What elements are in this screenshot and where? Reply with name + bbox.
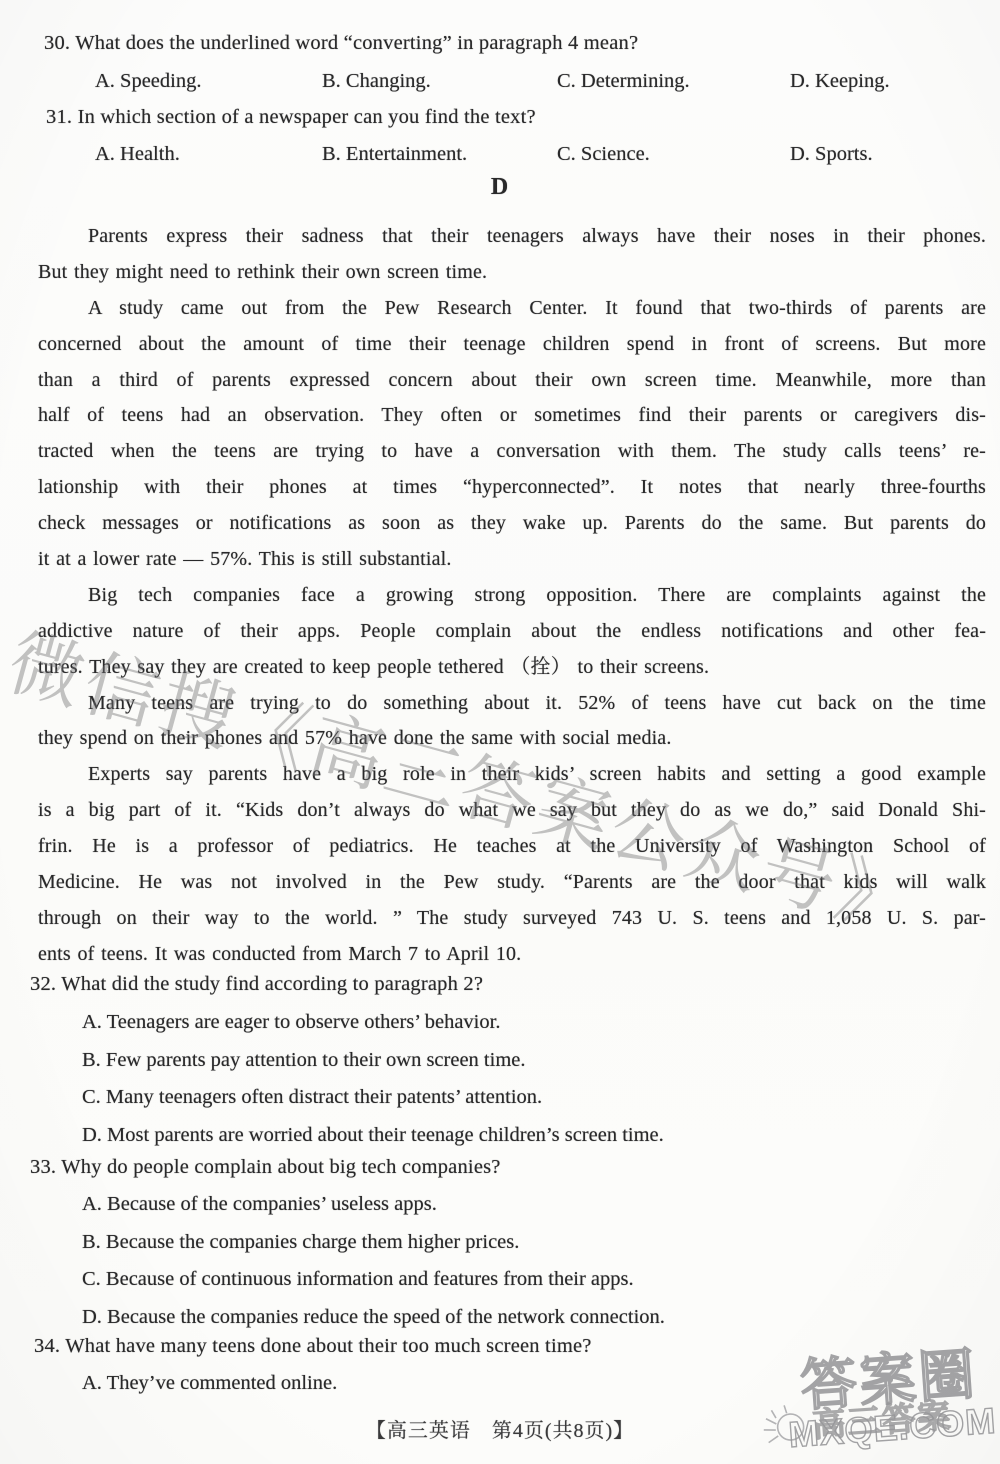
passage-line: frin. He is a professor of pediatrics. H… xyxy=(38,829,986,865)
question-32-number: 32. xyxy=(30,973,56,995)
passage-line: Parents express their sadness that their… xyxy=(38,219,986,255)
q31-option-b: B. Entertainment. xyxy=(322,143,467,166)
question-34-text: What have many teens done about their to… xyxy=(65,1335,591,1357)
passage-line: tures. They say they are created to keep… xyxy=(38,650,986,686)
passage-line: concerned about the amount of time their… xyxy=(38,327,986,363)
question-30-number: 30. xyxy=(44,32,70,54)
q32-option-b: B. Few parents pay attention to their ow… xyxy=(82,1049,525,1072)
q32-option-a: A. Teenagers are eager to observe others… xyxy=(82,1011,500,1034)
question-31: 31. In which section of a newspaper can … xyxy=(46,106,536,129)
page-footer-label: 【高三英语 第4页(共8页)】 xyxy=(0,1414,1000,1443)
passage-line: A study came out from the Pew Research C… xyxy=(38,291,986,327)
passage-line: half of teens had an observation. They o… xyxy=(38,398,986,434)
question-32: 32. What did the study find according to… xyxy=(30,973,483,996)
passage-line: than a third of parents expressed concer… xyxy=(38,363,986,399)
q31-option-c: C. Science. xyxy=(557,143,650,166)
q34-option-a: A. They’ve commented online. xyxy=(82,1372,337,1395)
exam-page: 30. What does the underlined word “conve… xyxy=(0,0,1000,1464)
q33-option-d: D. Because the companies reduce the spee… xyxy=(82,1306,665,1329)
passage-line: tracted when the teens are trying to hav… xyxy=(38,434,986,470)
section-d-label: D xyxy=(0,174,1000,201)
passage-line: lationship with their phones at times “h… xyxy=(38,470,986,506)
passage-line: Many teens are trying to do something ab… xyxy=(38,686,986,722)
passage-line: Medicine. He was not involved in the Pew… xyxy=(38,865,986,901)
q32-option-c: C. Many teenagers often distract their p… xyxy=(82,1086,542,1109)
passage-line: But they might need to rethink their own… xyxy=(38,255,986,291)
q33-option-b: B. Because the companies charge them hig… xyxy=(82,1231,519,1254)
passage-line: Big tech companies face a growing strong… xyxy=(38,578,986,614)
question-33-number: 33. xyxy=(30,1156,56,1178)
passage-line: through on their way to the world. ” The… xyxy=(38,901,986,937)
question-31-text: In which section of a newspaper can you … xyxy=(78,106,536,128)
passage-line: ents of teens. It was conducted from Mar… xyxy=(38,937,986,973)
passage-line: check messages or notifications as soon … xyxy=(38,506,986,542)
q33-option-c: C. Because of continuous information and… xyxy=(82,1268,634,1291)
passage-line: is a big part of it. “Kids don’t always … xyxy=(38,793,986,829)
q30-option-b: B. Changing. xyxy=(322,70,431,93)
question-33-text: Why do people complain about big tech co… xyxy=(61,1156,500,1178)
q30-option-c: C. Determining. xyxy=(557,70,690,93)
q30-option-d: D. Keeping. xyxy=(790,70,890,93)
logo-text: 答案圈 xyxy=(780,1345,998,1416)
reading-passage: Parents express their sadness that their… xyxy=(38,219,986,973)
question-30: 30. What does the underlined word “conve… xyxy=(44,32,638,55)
question-32-text: What did the study find according to par… xyxy=(61,973,483,995)
passage-line: Experts say parents have a big role in t… xyxy=(38,757,986,793)
question-34-number: 34. xyxy=(34,1335,60,1357)
q33-option-a: A. Because of the companies’ useless app… xyxy=(82,1193,437,1216)
question-33: 33. Why do people complain about big tec… xyxy=(30,1156,501,1179)
q30-option-a: A. Speeding. xyxy=(95,70,201,93)
passage-line: they spend on their phones and 57% have … xyxy=(38,721,986,757)
passage-line: it at a lower rate — 57%. This is still … xyxy=(38,542,986,578)
q31-option-d: D. Sports. xyxy=(790,143,873,166)
question-30-text: What does the underlined word “convertin… xyxy=(75,32,638,54)
q32-option-d: D. Most parents are worried about their … xyxy=(82,1124,664,1147)
question-34: 34. What have many teens done about thei… xyxy=(34,1335,592,1358)
question-31-number: 31. xyxy=(46,106,72,128)
passage-line: addictive nature of their apps. People c… xyxy=(38,614,986,650)
q31-option-a: A. Health. xyxy=(95,143,180,166)
